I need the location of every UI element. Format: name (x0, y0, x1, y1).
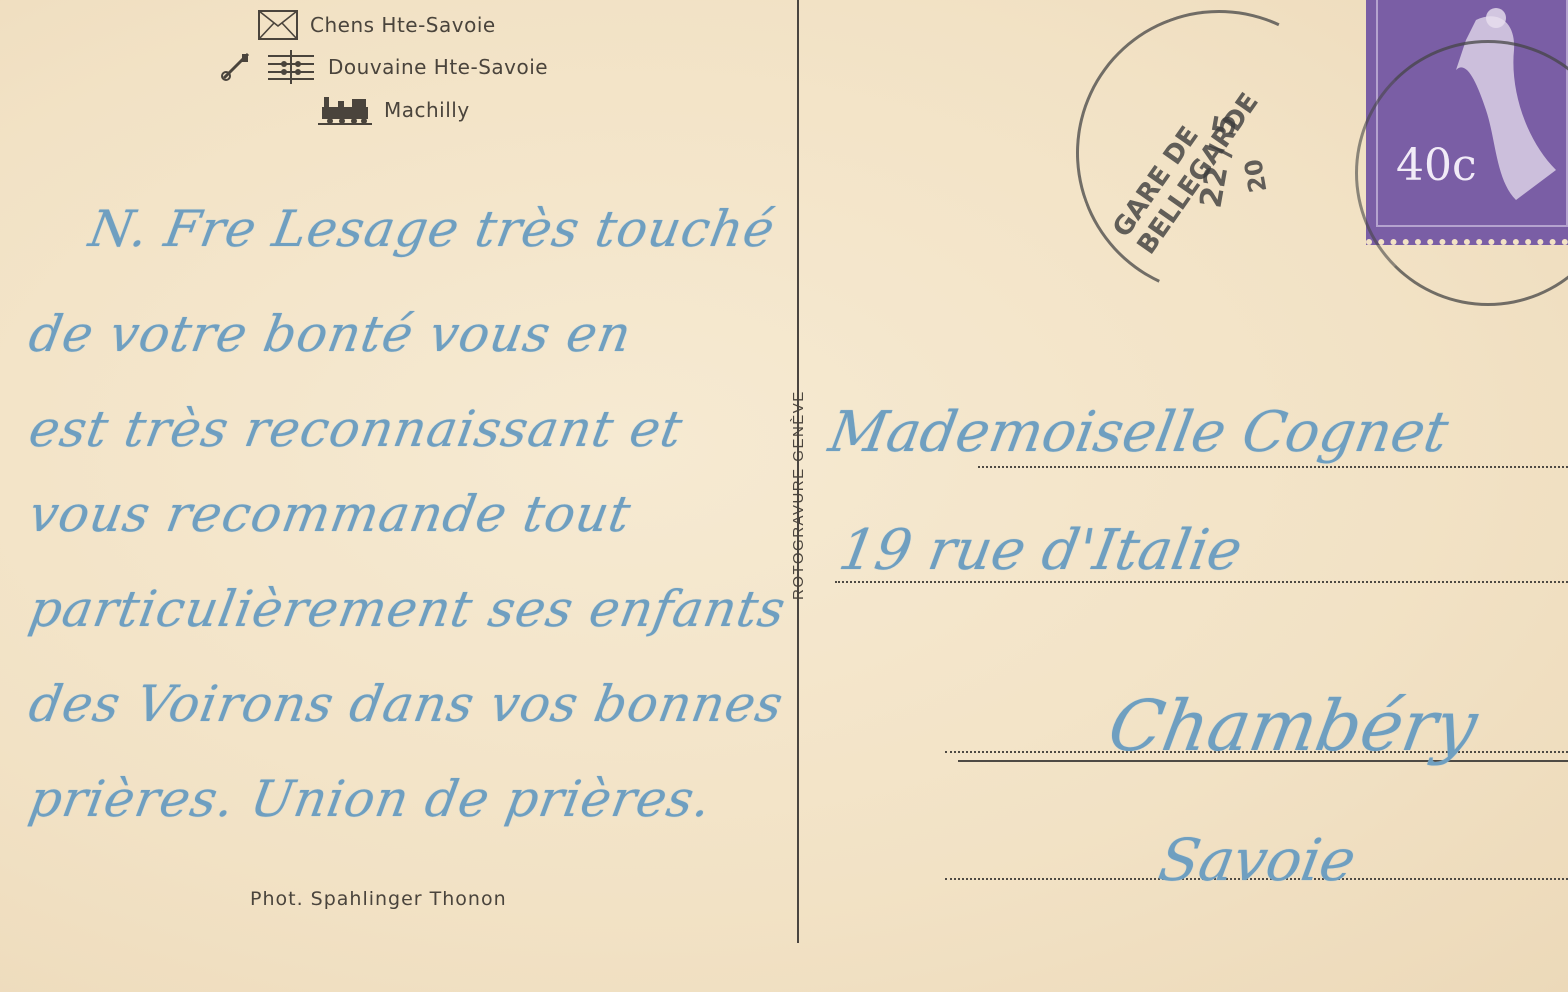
address-line-1 (978, 466, 1568, 468)
railway-label: Machilly (384, 98, 470, 122)
imprint-header: Chens Hte-Savoie Douvaine Hte-Savoie (220, 6, 620, 130)
imprint-telegraph: Douvaine Hte-Savoie (220, 44, 620, 90)
address-region: Savoie (1154, 826, 1361, 894)
imprint-post-office: Chens Hte-Savoie (258, 6, 620, 44)
imprint-railway: Machilly (318, 90, 620, 130)
message-line: particulièrement ses enfants (25, 580, 790, 638)
telegraph-label: Douvaine Hte-Savoie (328, 55, 548, 79)
address-street: 19 rue d'Italie (834, 518, 1247, 583)
message-line: est très reconnaissant et (25, 400, 687, 458)
locomotive-icon (318, 93, 372, 127)
postmark-left: GARE DE BELLEGARDE 22 / 5 20 (1036, 0, 1403, 336)
photo-credit: Phot. Spahlinger Thonon (250, 888, 507, 910)
envelope-icon (258, 10, 298, 40)
message-line: N. Fre Lesage très touché (85, 200, 780, 258)
telegraph-icon (266, 50, 316, 84)
address-city: Chambéry (1103, 685, 1483, 767)
message-line: vous recommande tout (25, 485, 636, 543)
telephone-icon (220, 52, 254, 82)
message-line: de votre bonté vous en (25, 305, 636, 363)
printer-imprint: ROTOGRAVURE GENÈVE (790, 390, 807, 600)
message-line: des Voirons dans vos bonnes (25, 675, 788, 733)
message-line: prières. Union de prières. (25, 770, 716, 828)
address-recipient: Mademoiselle Cognet (824, 400, 1453, 465)
post-office-label: Chens Hte-Savoie (310, 13, 496, 37)
postmark-year: 20 (1239, 157, 1272, 195)
